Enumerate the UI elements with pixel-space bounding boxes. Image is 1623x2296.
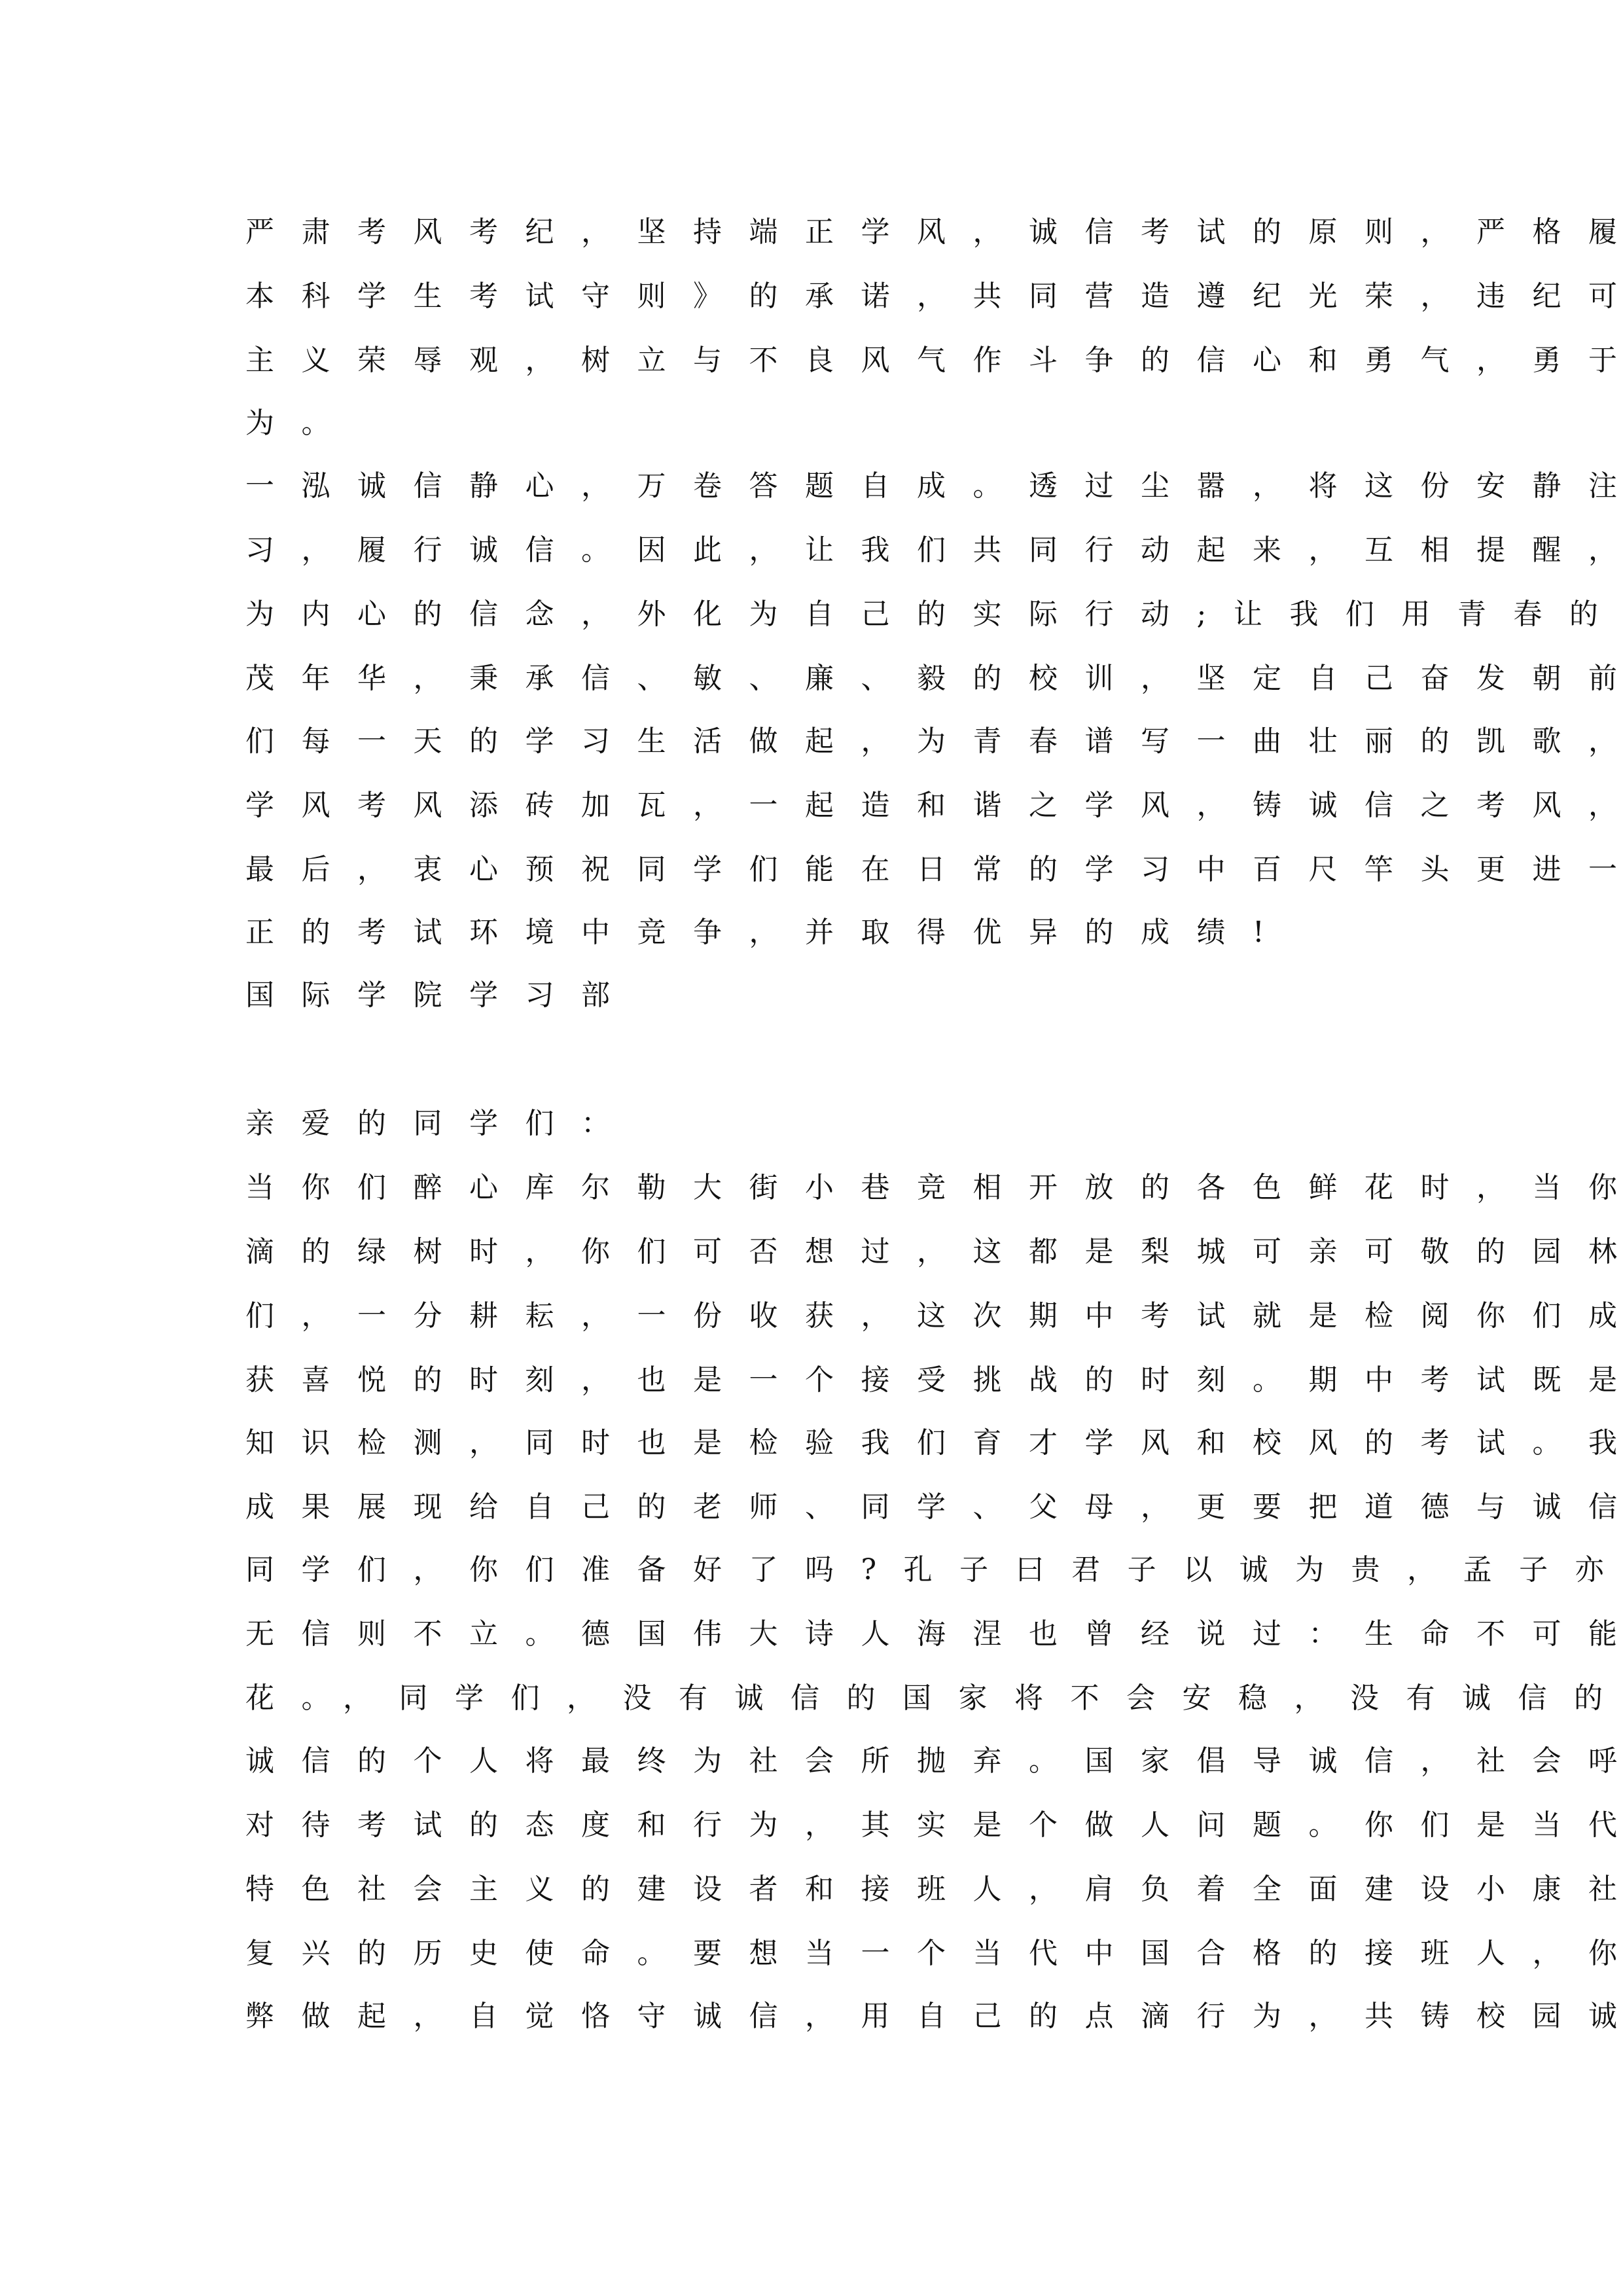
text-line: 当你们醉心库尔勒大街小巷竞相开放的各色鲜花时，当你们感叹那一株株青翠欲 — [245, 1156, 1384, 1220]
text-line: 一泓诚信静心，万卷答题自成。透过尘嚣，将这份安静注入心房，使我们踏实学 — [245, 454, 1384, 518]
text-line: 主义荣辱观，树立与不良风气作斗争的信心和勇气，勇于检举揭发考试不和谐行 — [245, 329, 1384, 393]
text-line: 花。，同学们，没有诚信的国家将不会安稳，没有诚信的校园将不可立足，没有 — [245, 1666, 1384, 1731]
text-line: 获喜悦的时刻，也是一个接受挑战的时刻。期中考试既是对我们半个学期以来的 — [245, 1348, 1384, 1412]
text-line: 滴的绿树时，你们可否想过，这都是梨城可亲可敬的园林工人辛勤的结晶!同学 — [245, 1220, 1384, 1284]
text-line: 本科学生考试守则》的承诺，共同营造遵纪光荣，违纪可耻的氛围。;践行社会 — [245, 264, 1384, 329]
text-line: 习，履行诚信。因此，让我们共同行动起来，互相提醒，互相督促，把道德内化 — [245, 518, 1384, 583]
text-line: 为内心的信念，外化为自己的实际行动;让我们用青春的激情，恰同学少年的正 — [245, 583, 1384, 647]
text-line: 同学们，你们准备好了吗?孔子曰君子以诚为贵，孟子亦曰：车无辕而不行，人 — [245, 1538, 1384, 1602]
text-line: 诚信的个人将最终为社会所抛弃。国家倡导诚信，社会呼唤诚信，人人需要诚信。 — [245, 1729, 1384, 1793]
signature-line: 国际学院学习部 — [245, 963, 1384, 1028]
text-line: 们每一天的学习生活做起，为青春谱写一曲壮丽的凯歌，为构建国际学院优良的 — [245, 709, 1384, 774]
text-line: 成果展现给自己的老师、同学、父母，更要把道德与诚信的优秀答卷交给自己! — [245, 1475, 1384, 1539]
text-line: 特色社会主义的建设者和接班人，肩负着全面建设小康社会和实现中华民族伟大 — [245, 1857, 1384, 1922]
text-line: 复兴的历史使命。要想当一个当代中国合格的接班人，你们首先应从杜绝考试作 — [245, 1922, 1384, 1986]
text-line: 严肃考风考纪，坚持端正学风，诚信考试的原则，严格履行《江西财经大学普通 — [245, 200, 1384, 264]
text-line: 弊做起，自觉恪守诚信，用自己的点滴行为，共铸校园诚信，做一个新世纪诚实 — [245, 1984, 1384, 2049]
text-line: 为。 — [245, 391, 1384, 456]
text-line: 茂年华，秉承信、敏、廉、毅的校训，坚定自己奋发朝前的道路和目标;让从我 — [245, 647, 1384, 711]
text-line: 最后，衷心预祝同学们能在日常的学习中百尺竿头更进一步，更在一个公平、公 — [245, 838, 1384, 902]
document-page: 严肃考风考纪，坚持端正学风，诚信考试的原则，严格履行《江西财经大学普通 本科学生… — [0, 0, 1623, 2296]
text-line: 知识检测，同时也是检验我们育才学风和校风的考试。我们不但要把自己的学习 — [245, 1411, 1384, 1475]
text-line: 对待考试的态度和行为，其实是个做人问题。你们是当代中国的继承者，是中国 — [245, 1793, 1384, 1857]
text-line: 学风考风添砖加瓦，一起造和谐之学风，铸诚信之考风，创阳光之校园! — [245, 774, 1384, 838]
text-line: 无信则不立。德国伟大诗人海涅也曾经说过：生命不可能从谎言中开出灿烂的鲜 — [245, 1602, 1384, 1666]
text-line: 正的考试环境中竞争，并取得优异的成绩! — [245, 901, 1384, 965]
salutation-line: 亲爱的同学们： — [245, 1092, 1384, 1156]
text-line: 们，一分耕耘，一份收获，这次期中考试就是检阅你们成功的时刻。这是一个收 — [245, 1284, 1384, 1348]
